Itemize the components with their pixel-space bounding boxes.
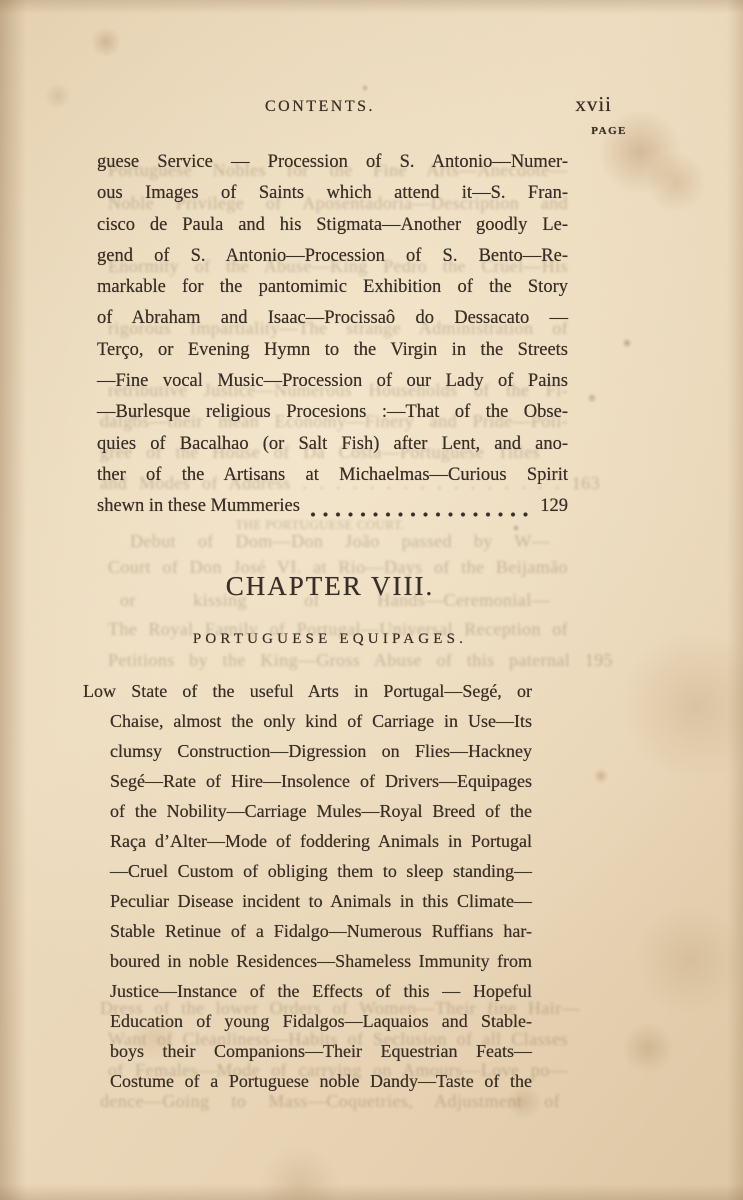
page-reference: 129 — [540, 491, 568, 522]
chapter-heading: CHAPTER VIII. — [85, 571, 575, 602]
summary-line: clumsy Construction—Digression on Flies—… — [83, 736, 532, 766]
contents-line: ther of the Artisans at Michaelmas—Curio… — [97, 460, 568, 491]
page-column-label: PAGE — [591, 125, 627, 137]
folio-page-number: xvii — [575, 92, 612, 117]
dot-leader — [310, 512, 530, 517]
contents-line: quies of Bacalhao (or Salt Fish) after L… — [97, 429, 568, 460]
summary-line: boured in noble Residences—Shameless Imm… — [83, 946, 532, 976]
summary-line: boys their Companions—Their Equestrian F… — [83, 1036, 532, 1066]
contents-line: markable for the pantomimic Exhibition o… — [97, 272, 568, 303]
contents-line: gend of S. Antonio—Procession of S. Bent… — [97, 241, 568, 272]
contents-line: —Fine vocal Music—Procession of our Lady… — [97, 366, 568, 397]
running-title: CONTENTS. — [85, 98, 555, 116]
summary-line: Peculiar Disease incident to Animals in … — [83, 886, 532, 916]
contents-line: Terço, or Evening Hymn to the Virgin in … — [97, 335, 568, 366]
summary-line: Segé—Rate of Hire—Insolence of Drivers—E… — [83, 766, 532, 796]
summary-line: Raça d’Alter—Mode of foddering Animals i… — [83, 826, 532, 856]
chapter-summary-block: Low State of the useful Arts in Portugal… — [83, 676, 532, 1096]
summary-line: of the Nobility—Carriage Mules—Royal Bre… — [83, 796, 532, 826]
contents-line-with-page-ref: shewn in these Mummeries 129 — [97, 491, 568, 522]
contents-line: —Burlesque religious Procesions :—That o… — [97, 397, 568, 428]
book-page-scan: Portuguese Nobles for the Fine Arts—Anec… — [0, 0, 743, 1200]
contents-continuation-block: guese Service — Procession of S. Antonio… — [97, 147, 568, 523]
summary-line: Justice—Instance of the Effects of this … — [83, 976, 532, 1006]
contents-line: cisco de Paula and his Stigmata—Another … — [97, 210, 568, 241]
summary-line: Costume of a Portuguese noble Dandy—Tast… — [83, 1066, 532, 1096]
contents-line: ous Images of Saints which attend it—S. … — [97, 178, 568, 209]
summary-line: Stable Retinue of a Fidalgo—Numerous Ruf… — [83, 916, 532, 946]
summary-line: Low State of the useful Arts in Portugal… — [83, 676, 532, 706]
summary-line: Education of young Fidalgos—Laquaios and… — [83, 1006, 532, 1036]
bleedthrough-line: Debut of Dom—Don João passed by W— — [130, 531, 550, 552]
summary-line: —Cruel Custom of obliging them to sleep … — [83, 856, 532, 886]
chapter-subtitle: PORTUGUESE EQUIPAGES. — [85, 631, 575, 648]
summary-line: Chaise, almost the only kind of Carriage… — [83, 706, 532, 736]
bleedthrough-line: Petitions by the King—Gross Abuse of thi… — [108, 650, 613, 671]
contents-line: of Abraham and Isaac—Procissaô do Dessac… — [97, 303, 568, 334]
contents-lines: guese Service — Procession of S. Antonio… — [97, 147, 568, 491]
contents-line-text: shewn in these Mummeries — [97, 491, 300, 522]
contents-line: guese Service — Procession of S. Antonio… — [97, 147, 568, 178]
